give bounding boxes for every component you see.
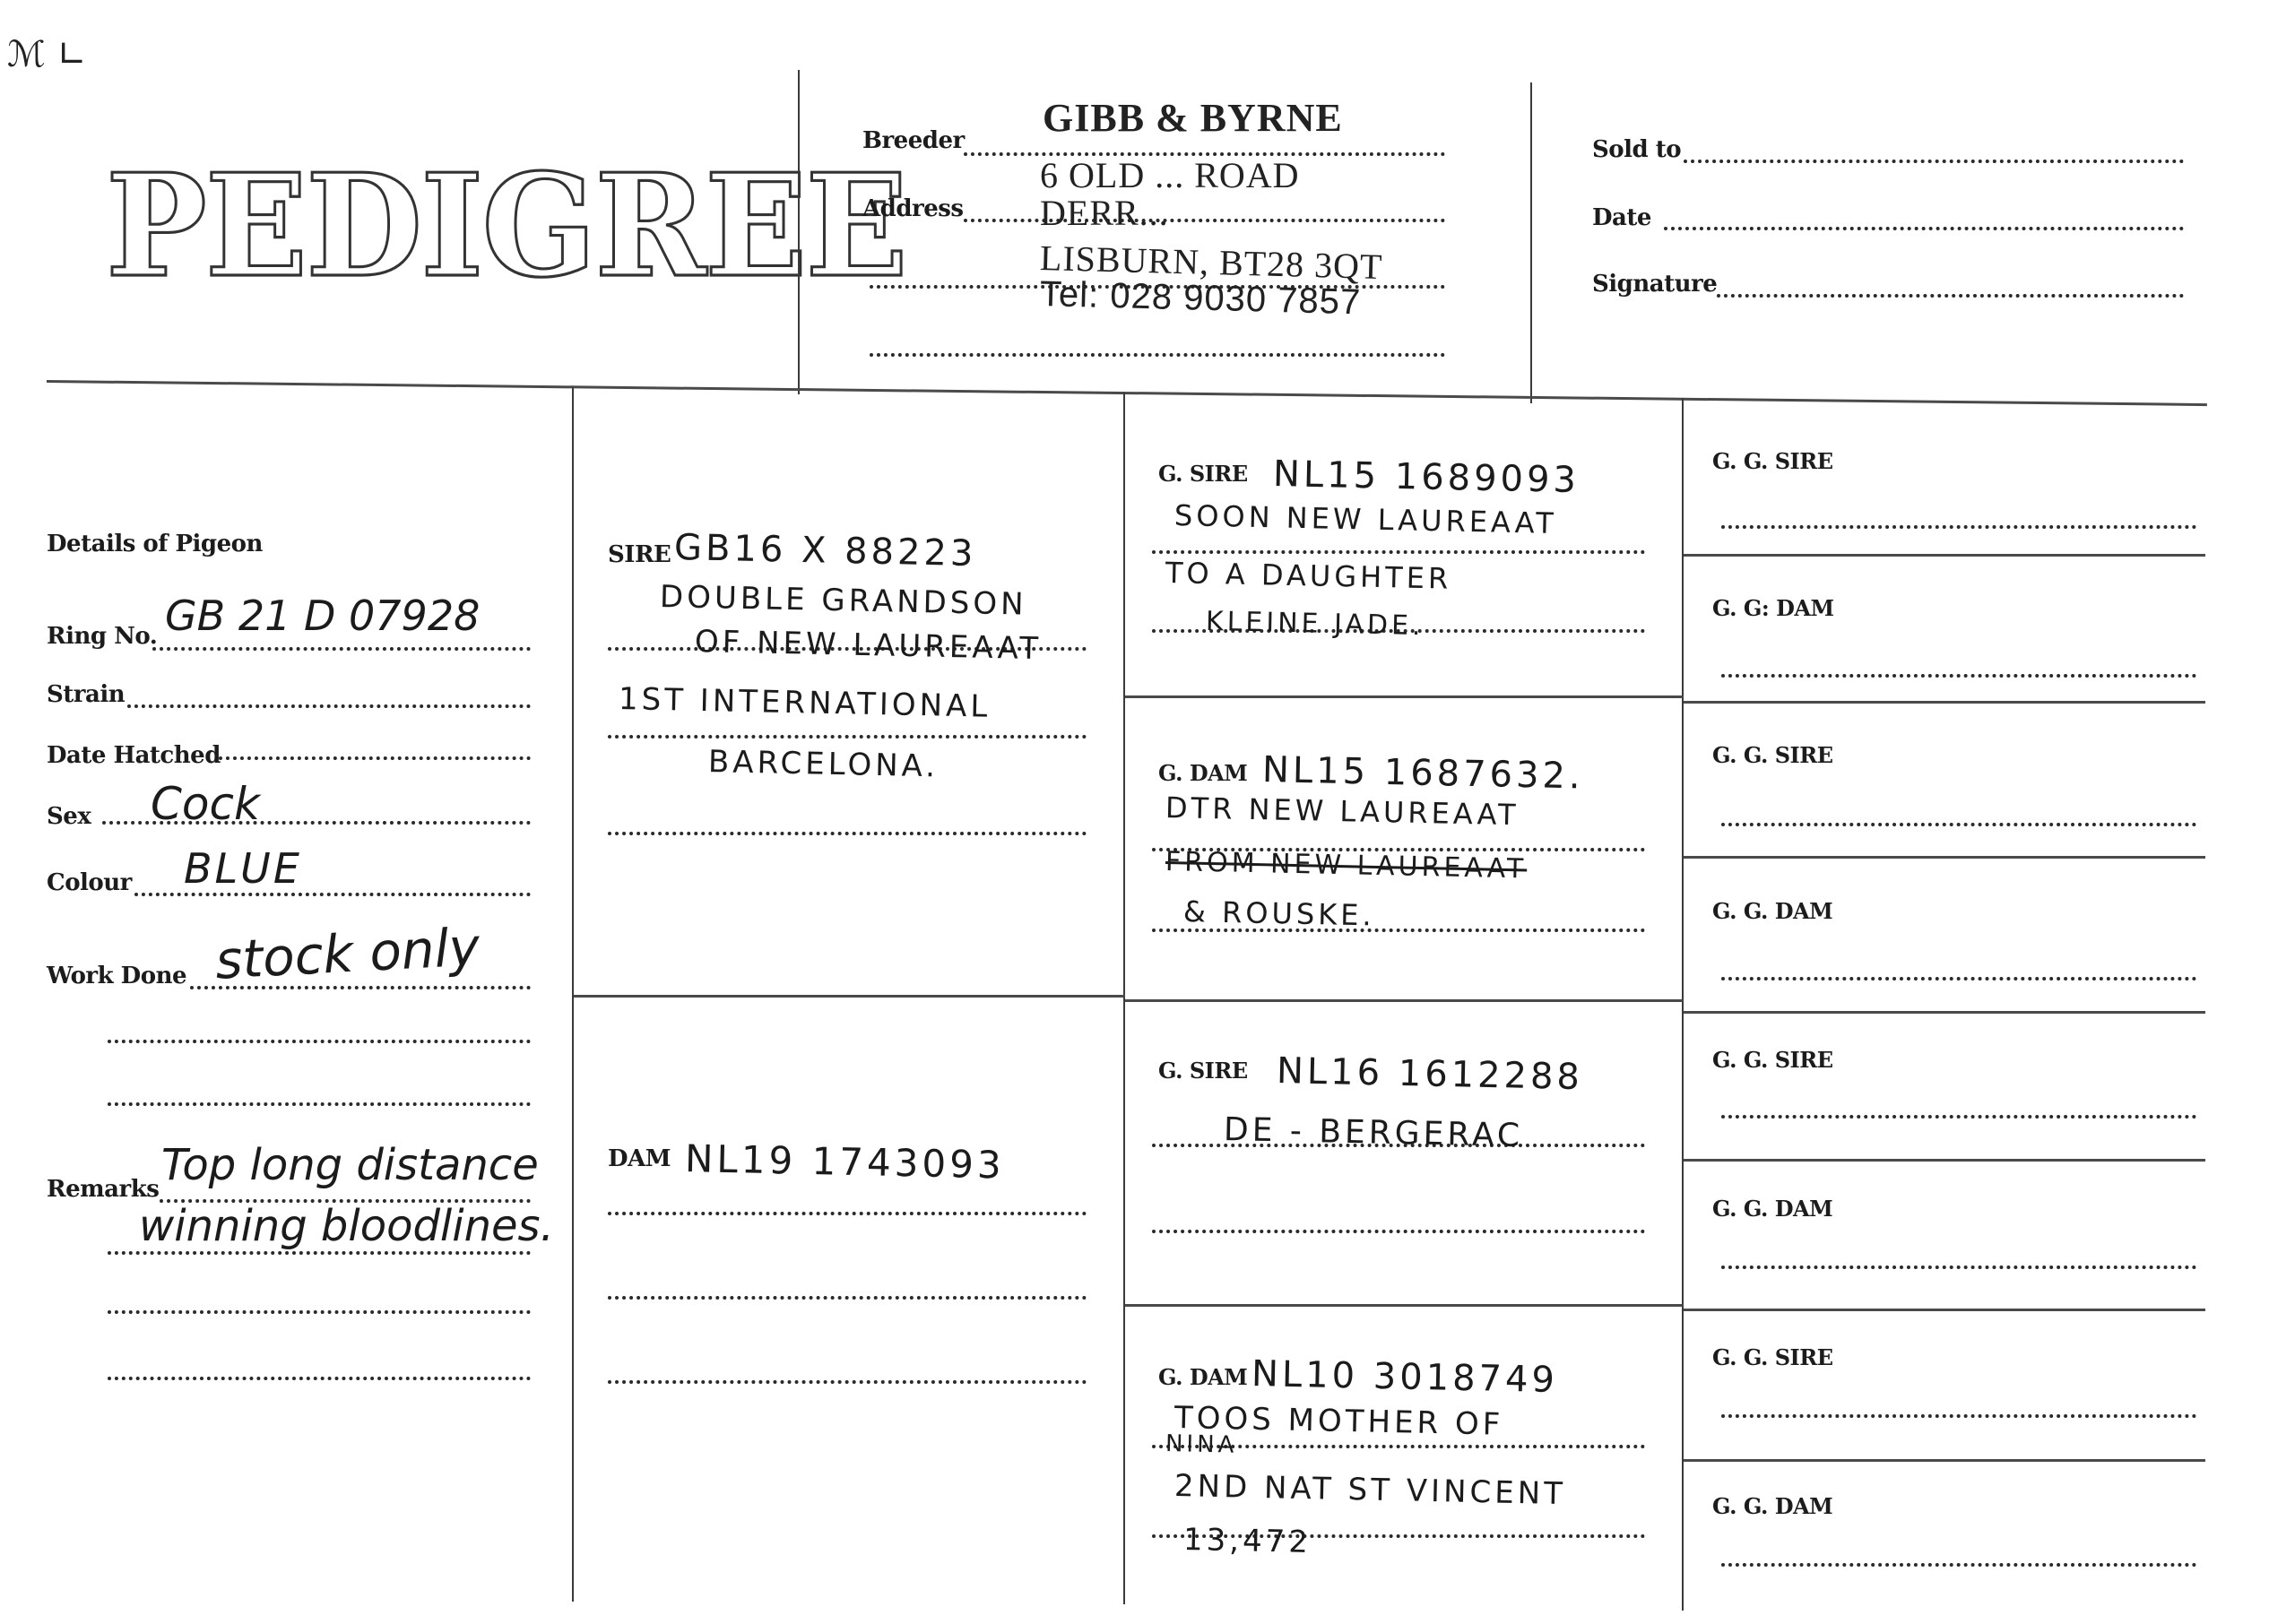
sire-note-4: BARCELONA. (708, 744, 940, 784)
divider (1684, 1159, 2205, 1162)
breeder-stamp-name: GIBB & BYRNE (1043, 95, 1343, 141)
work-done-line (108, 1102, 531, 1106)
gg-sire-3-field[interactable] (1721, 1115, 2196, 1119)
remarks-line (108, 1377, 531, 1380)
divider (798, 70, 800, 394)
corner-handwritten-note: ℳ ∟ (7, 34, 87, 75)
grand-dam-1-ring-number[interactable]: NL15 1687632. (1262, 749, 1585, 798)
remarks-line (108, 1310, 531, 1314)
grand-dam-1-note-1: DTR NEW LAUREAAT (1165, 790, 1520, 832)
gg-sire-1-label: G. G. SIRE (1712, 448, 1833, 474)
grand-dam-2-note-4: 13,472 (1183, 1522, 1312, 1560)
dam-ring-number[interactable]: NL19 1743093 (684, 1136, 1005, 1187)
signature-field[interactable] (1717, 294, 2184, 298)
grand-sire-1-ring-number[interactable]: NL15 1689093 (1273, 454, 1581, 501)
gg-sire-2-field[interactable] (1721, 823, 2196, 826)
colour-line (134, 893, 531, 896)
address-line (870, 353, 1445, 357)
grand-dam-2-note-2: NINA (1165, 1430, 1238, 1459)
divider (1684, 1309, 2205, 1311)
gg-dam-3-field[interactable] (1721, 1266, 2196, 1269)
divider (1684, 554, 2205, 557)
remarks-value-line-1[interactable]: Top long distance (161, 1140, 539, 1190)
divider (1684, 1459, 2205, 1462)
details-heading: Details of Pigeon (47, 531, 263, 557)
gg-dam-1-label: G. G: DAM (1712, 595, 1834, 621)
page-title: PEDIGREE (106, 143, 906, 309)
signature-label: Signature (1592, 271, 1717, 298)
sire-line (608, 735, 1087, 739)
grand-dam-2-label: G. DAM (1158, 1364, 1247, 1390)
remarks-label: Remarks (47, 1176, 159, 1203)
date-field[interactable] (1664, 227, 2184, 230)
breeder-stamp-road: 6 OLD ... ROAD (1040, 154, 1300, 196)
divider (47, 380, 2207, 406)
gg-sire-4-field[interactable] (1721, 1414, 2196, 1418)
divider (1684, 1011, 2205, 1014)
divider (1125, 999, 1683, 1002)
address-label: Address (862, 195, 964, 222)
gg-sire-3-label: G. G. SIRE (1712, 1047, 1833, 1073)
divider (1125, 1304, 1683, 1307)
sire-line (608, 832, 1087, 835)
dam-label: DAM (608, 1145, 671, 1172)
grand-dam-1-note-3: & ROUSKE. (1183, 894, 1375, 932)
gg-dam-2-label: G. G. DAM (1712, 898, 1832, 924)
divider (1530, 82, 1532, 403)
divider (1684, 856, 2205, 859)
sire-note-1: DOUBLE GRANDSON (660, 579, 1027, 623)
work-done-value[interactable]: stock only (213, 916, 481, 990)
ring-no-line (152, 647, 531, 651)
grand-sire-1-line (1152, 550, 1645, 554)
date-label: Date (1592, 204, 1651, 231)
gg-dam-1-field[interactable] (1721, 674, 2196, 678)
work-done-label: Work Done (47, 963, 186, 989)
grand-sire-2-note-1: DE - BERGERAC (1224, 1111, 1524, 1154)
colour-label: Colour (47, 869, 132, 896)
strain-field[interactable] (127, 704, 531, 708)
grand-sire-2-label: G. SIRE (1158, 1058, 1248, 1084)
ring-no-value[interactable]: GB 21 D 07928 (165, 592, 480, 640)
breeder-stamp-district: DERR... (1040, 192, 1169, 234)
grand-dam-1-note-2: FROM NEW LAUREAAT (1165, 846, 1528, 885)
sold-to-label: Sold to (1592, 136, 1681, 163)
divider (1125, 695, 1683, 698)
remarks-line (108, 1251, 531, 1255)
breeder-stamp-phone: Tel: 028 9030 7857 (1039, 274, 1361, 323)
sold-to-field[interactable] (1684, 160, 2184, 163)
gg-dam-4-field[interactable] (1721, 1563, 2196, 1567)
gg-dam-3-label: G. G. DAM (1712, 1196, 1832, 1222)
remarks-value-line-2[interactable]: winning bloodlines. (139, 1201, 554, 1251)
grand-dam-1-label: G. DAM (1158, 760, 1247, 786)
gg-dam-4-label: G. G. DAM (1712, 1493, 1832, 1519)
sire-ring-number[interactable]: GB16 X 88223 (674, 527, 977, 574)
grand-sire-2-ring-number[interactable]: NL16 1612288 (1277, 1050, 1584, 1098)
gg-sire-1-field[interactable] (1721, 525, 2196, 529)
grand-dam-2-ring-number[interactable]: NL10 3018749 (1251, 1353, 1559, 1401)
grand-dam-2-note-3: 2ND NAT ST VINCENT (1174, 1468, 1567, 1512)
divider (1682, 398, 1684, 1611)
date-hatched-field[interactable] (219, 756, 531, 760)
grand-sire-1-note-1: SOON NEW LAUREAAT (1174, 498, 1558, 540)
gg-dam-2-field[interactable] (1721, 977, 2196, 980)
sire-note-2: OF NEW LAUREAAT (695, 624, 1043, 667)
address-line (964, 219, 1445, 222)
gg-sire-2-label: G. G. SIRE (1712, 742, 1833, 768)
dam-line (608, 1296, 1087, 1300)
sire-note-3: 1ST INTERNATIONAL (619, 681, 992, 725)
dam-line (608, 1212, 1087, 1215)
divider (574, 995, 1125, 998)
strain-label: Strain (47, 681, 125, 708)
sex-label: Sex (47, 803, 91, 830)
divider (1123, 393, 1125, 1604)
grand-sire-1-note-3: KLEINE JADE. (1206, 606, 1425, 642)
sire-label: SIRE (608, 541, 671, 568)
grand-sire-2-line (1152, 1230, 1645, 1233)
grand-sire-1-note-2: TO A DAUGHTER (1165, 556, 1452, 596)
gg-sire-4-label: G. G. SIRE (1712, 1344, 1833, 1370)
colour-value[interactable]: BLUE (184, 844, 302, 893)
ring-no-label: Ring No. (47, 623, 157, 650)
divider (1684, 701, 2205, 704)
date-hatched-label: Date Hatched (47, 742, 221, 769)
dam-line (608, 1380, 1087, 1384)
sex-value[interactable]: Cock (151, 778, 260, 830)
breeder-label: Breeder (862, 127, 965, 154)
grand-sire-1-label: G. SIRE (1158, 461, 1248, 487)
work-done-line (108, 1040, 531, 1043)
